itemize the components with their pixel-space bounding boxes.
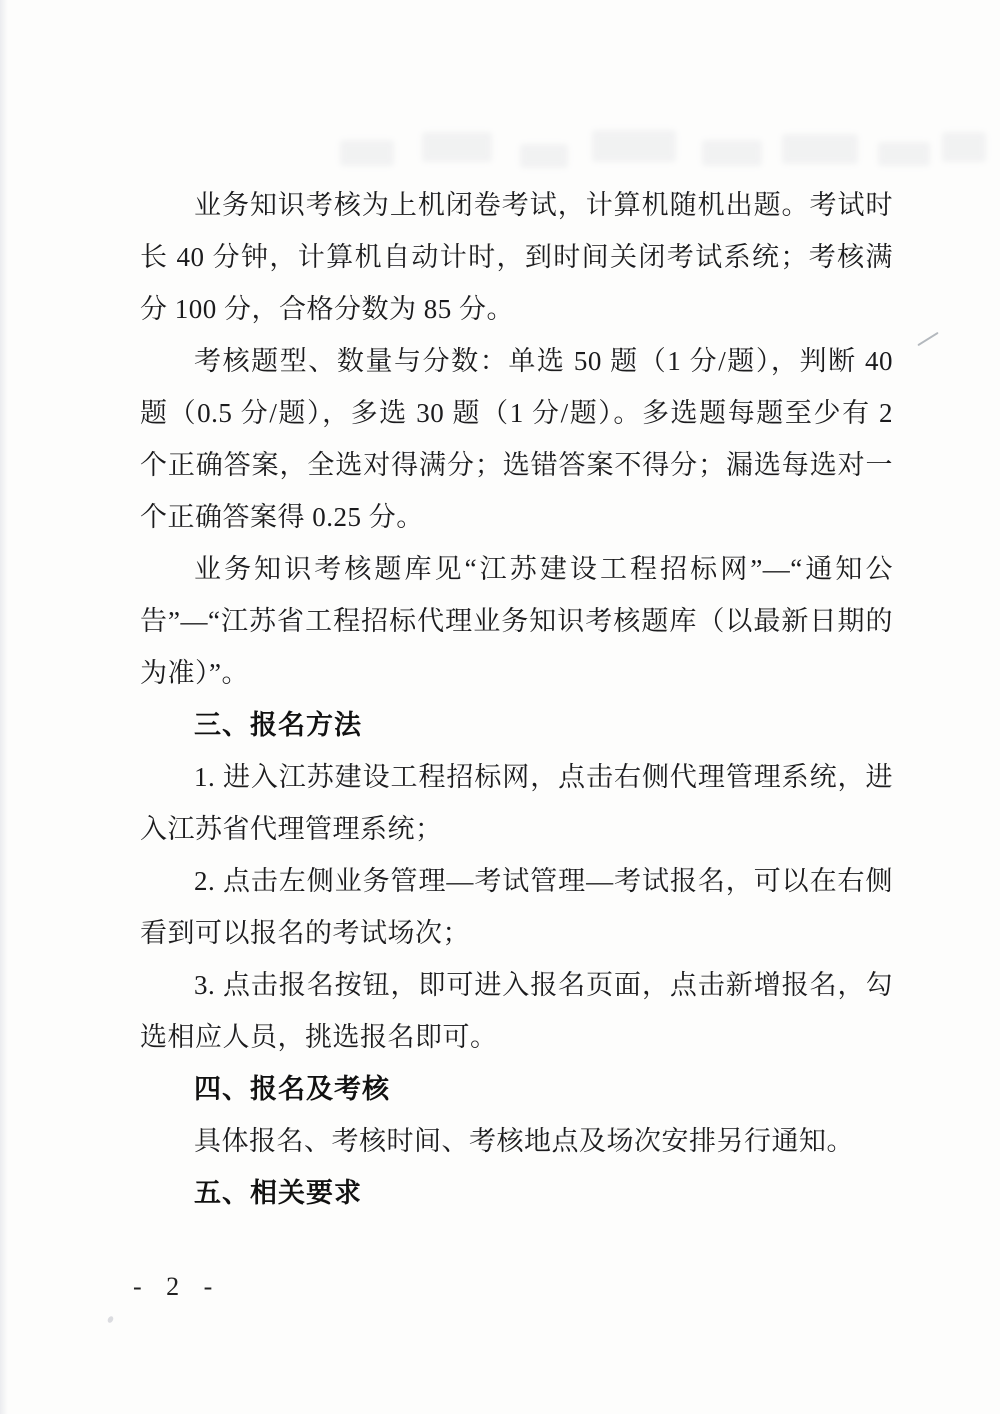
scan-artifact-speck [107,1315,115,1324]
scan-edge-shading [0,0,8,1414]
section-heading-4-registration-and-assessment: 四、报名及考核 [140,1063,893,1115]
step-3: 3. 点击报名按钮，即可进入报名页面，点击新增报名，勾选相应人员，挑选报名即可。 [140,959,893,1063]
page-number: - 2 - [133,1272,221,1302]
bleed-through-artifact [330,122,990,184]
scan-artifact-mark [917,332,938,346]
paragraph-schedule-notice: 具体报名、考核时间、考核地点及场次安排另行通知。 [140,1115,893,1167]
section-heading-5-related-requirements: 五、相关要求 [140,1167,893,1219]
section-heading-3-registration-method: 三、报名方法 [140,699,893,751]
document-body: 业务知识考核为上机闭卷考试，计算机随机出题。考试时长 40 分钟，计算机自动计时… [140,179,893,1219]
step-2: 2. 点击左侧业务管理—考试管理—考试报名，可以在右侧看到可以报名的考试场次； [140,855,893,959]
scanned-document-page: 业务知识考核为上机闭卷考试，计算机随机出题。考试时长 40 分钟，计算机自动计时… [0,0,1000,1414]
paragraph-question-bank: 业务知识考核题库见“江苏建设工程招标网”—“通知公告”—“江苏省工程招标代理业务… [140,543,893,699]
paragraph-exam-format: 业务知识考核为上机闭卷考试，计算机随机出题。考试时长 40 分钟，计算机自动计时… [140,179,893,335]
paragraph-question-types: 考核题型、数量与分数：单选 50 题（1 分/题），判断 40 题（0.5 分/… [140,335,893,543]
step-1: 1. 进入江苏建设工程招标网，点击右侧代理管理系统，进入江苏省代理管理系统； [140,751,893,855]
